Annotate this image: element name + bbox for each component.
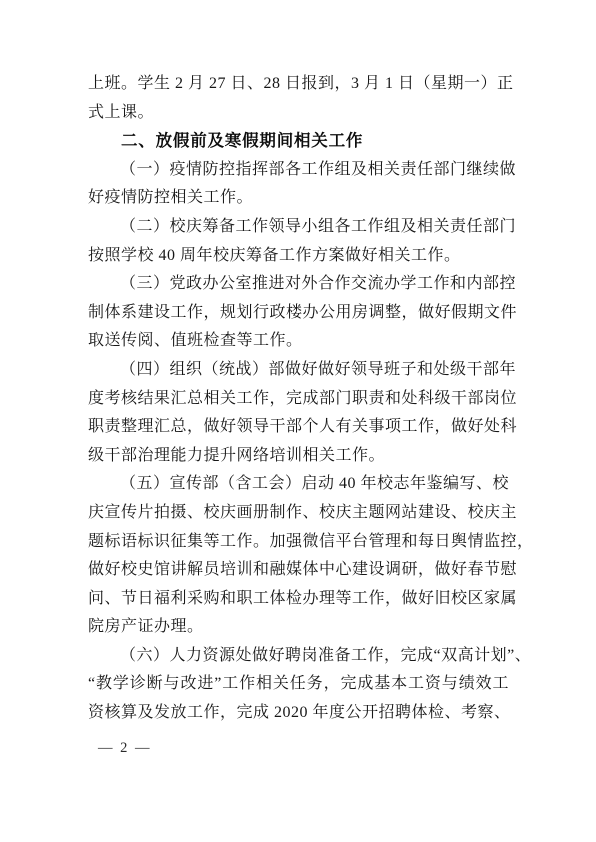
page-footer: — 2 —: [98, 740, 152, 757]
text-line: “教学诊断与改进”工作相关任务，完成基本工资与绩效工: [88, 670, 509, 699]
text-line: （六）人力资源处做好聘岗准备工作，完成“双高计划”、: [88, 642, 509, 671]
text-line: 按照学校 40 周年校庆筹备工作方案做好相关工作。: [88, 242, 509, 271]
document-page: 上班。学生 2 月 27 日、28 日报到，3 月 1 日（星期一）正式上课。二…: [0, 0, 596, 842]
text-line: 式上课。: [88, 99, 509, 128]
page-number: — 2 —: [98, 740, 152, 756]
text-line: （三）党政办公室推进对外合作交流办学工作和内部控: [88, 270, 509, 299]
section-heading: 二、放假前及寒假期间相关工作: [88, 127, 509, 156]
text-line: 庆宣传片拍摄、校庆画册制作、校庆主题网站建设、校庆主: [88, 499, 509, 528]
text-line: （四）组织（统战）部做好做好领导班子和处级干部年: [88, 356, 509, 385]
text-line: （二）校庆筹备工作领导小组各工作组及相关责任部门: [88, 213, 509, 242]
paragraph: （一）疫情防控指挥部各工作组及相关责任部门继续做好疫情防控相关工作。: [88, 156, 509, 213]
document-body: 上班。学生 2 月 27 日、28 日报到，3 月 1 日（星期一）正式上课。二…: [88, 70, 509, 728]
text-line: 级干部治理能力提升网络培训相关工作。: [88, 442, 509, 471]
text-line: 资核算及发放工作，完成 2020 年度公开招聘体检、考察、: [88, 699, 509, 728]
text-line: 好疫情防控相关工作。: [88, 184, 509, 213]
text-line: 度考核结果汇总相关工作，完成部门职责和处科级干部岗位: [88, 385, 509, 414]
paragraph: （二）校庆筹备工作领导小组各工作组及相关责任部门按照学校 40 周年校庆筹备工作…: [88, 213, 509, 270]
paragraph: （六）人力资源处做好聘岗准备工作，完成“双高计划”、“教学诊断与改进”工作相关任…: [88, 642, 509, 728]
text-line: 上班。学生 2 月 27 日、28 日报到，3 月 1 日（星期一）正: [88, 70, 509, 99]
text-line: 院房产证办理。: [88, 613, 509, 642]
text-line: 取送传阅、值班检查等工作。: [88, 327, 509, 356]
text-line: 问、节日福利采购和职工体检办理等工作，做好旧校区家属: [88, 585, 509, 614]
paragraph: （四）组织（统战）部做好做好领导班子和处级干部年度考核结果汇总相关工作，完成部门…: [88, 356, 509, 470]
text-line: 制体系建设工作，规划行政楼办公用房调整，做好假期文件: [88, 299, 509, 328]
text-line: 职责整理汇总，做好领导干部个人有关事项工作，做好处科: [88, 413, 509, 442]
paragraph: （三）党政办公室推进对外合作交流办学工作和内部控制体系建设工作，规划行政楼办公用…: [88, 270, 509, 356]
paragraph: （五）宣传部（含工会）启动 40 年校志年鉴编写、校庆宣传片拍摄、校庆画册制作、…: [88, 470, 509, 642]
text-line: 做好校史馆讲解员培训和融媒体中心建设调研，做好春节慰: [88, 556, 509, 585]
paragraph: 上班。学生 2 月 27 日、28 日报到，3 月 1 日（星期一）正式上课。: [88, 70, 509, 127]
text-line: （一）疫情防控指挥部各工作组及相关责任部门继续做: [88, 156, 509, 185]
text-line: （五）宣传部（含工会）启动 40 年校志年鉴编写、校: [88, 470, 509, 499]
text-line: 题标语标识征集等工作。加强微信平台管理和每日舆情监控，: [88, 528, 509, 557]
text-line: 二、放假前及寒假期间相关工作: [88, 127, 509, 156]
